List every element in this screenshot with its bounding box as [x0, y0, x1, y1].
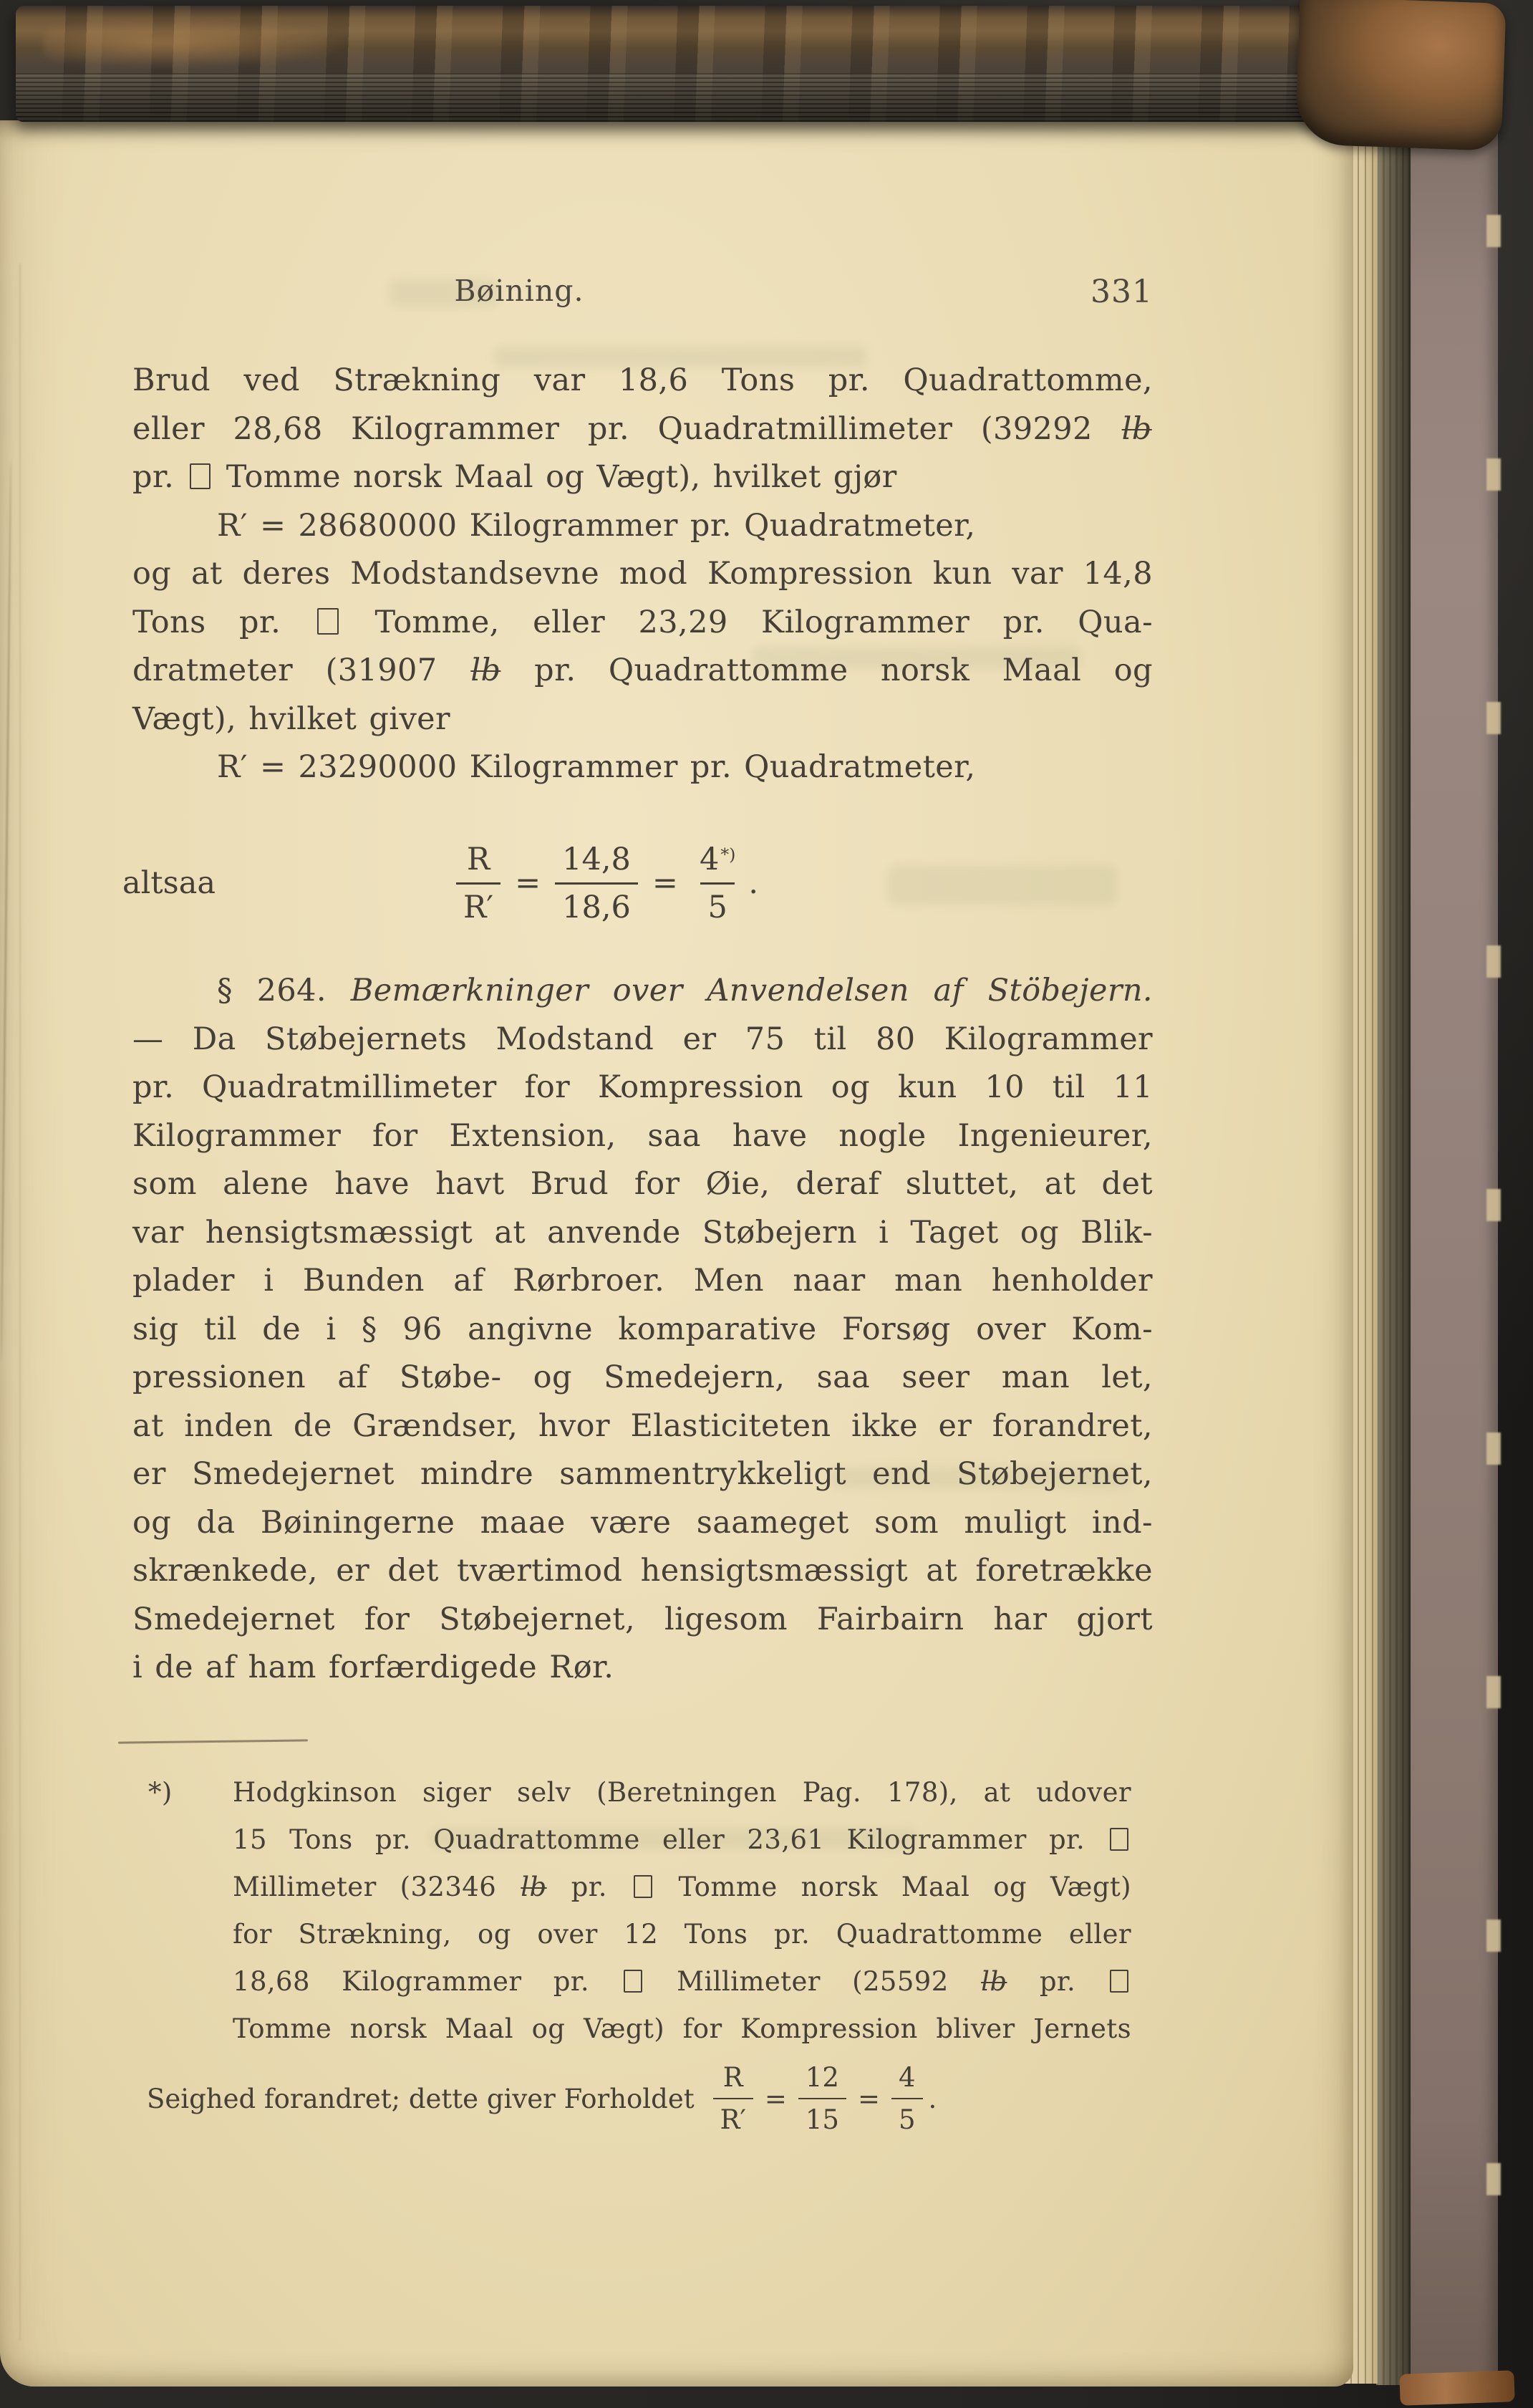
page-block-edge: [1376, 118, 1411, 2385]
text-line: pr. Tomme norsk Maal og Vægt), hvilket g…: [132, 453, 1153, 502]
formula-period: .: [748, 865, 758, 901]
text-line: — Da Støbejernets Modstand er 75 til 80 …: [132, 1016, 1153, 1064]
formula-main: altsaa R R′ = 14,8 18,6 = 4*) 5 .: [132, 829, 1153, 937]
text-line: er Smedejernet mindre sammentrykkeligt e…: [132, 1450, 1153, 1499]
page-number: 331: [1024, 274, 1153, 310]
formula-period: .: [929, 2084, 937, 2114]
footnote-separator-rule: [118, 1739, 308, 1743]
square-measure-icon: [634, 1875, 652, 1898]
text-line: 18,68 Kilogrammer pr. Millimeter (25592 …: [233, 1958, 1131, 2005]
square-measure-icon: [317, 608, 339, 635]
footnote-reference: *): [720, 844, 735, 865]
text-line: for Strækning, og over 12 Tons pr. Quadr…: [233, 1911, 1131, 1958]
fraction-14-8-over-18-6: 14,8 18,6: [555, 842, 638, 925]
text-line: Smedejernet for Støbejernet, ligesom Fai…: [132, 1596, 1153, 1644]
footnote-formula: Seighed forandret; dette giver Forholdet…: [147, 2048, 937, 2149]
paragraph-brud-ved-straekning: Brud ved Strækning var 18,6 Tons pr. Qua…: [132, 357, 1153, 792]
text-line: Brud ved Strækning var 18,6 Tons pr. Qua…: [132, 357, 1153, 405]
fraction-4-over-5: 4*) 5: [692, 842, 743, 925]
book-page: Bøining. 331 Brud ved Strækning var 18,6…: [0, 120, 1353, 2387]
paragraph-264-bemaerkninger: § 264. Bemærkninger over Anvendelsen af …: [132, 967, 1153, 1692]
page-crease: [19, 264, 21, 2341]
binding-corner-bottom: [1399, 2370, 1514, 2406]
fraction-R-over-Rprime: R R′: [713, 2062, 753, 2135]
equals-sign: =: [858, 2084, 880, 2114]
page-title: Bøining.: [401, 274, 637, 308]
text-line: Tons pr. Tomme, eller 23,29 Kilogrammer …: [132, 599, 1153, 647]
fraction-12-over-15: 12 15: [798, 2062, 846, 2135]
equals-sign: =: [765, 2084, 787, 2114]
formula-intro: altsaa: [122, 865, 216, 901]
text-line: 15 Tons pr. Quadrattomme eller 23,61 Kil…: [233, 1816, 1131, 1864]
square-measure-icon: [1110, 1970, 1128, 1993]
text-line: at inden de Grændser, hvor Elasticiteten…: [132, 1402, 1153, 1451]
text-line: i de af ham forfærdigede Rør.: [132, 1644, 1153, 1692]
text-line: plader i Bunden af Rørbroer. Men naar ma…: [132, 1257, 1153, 1306]
text-line: § 264. Bemærkninger over Anvendelsen af …: [132, 967, 1153, 1016]
square-measure-icon: [624, 1970, 642, 1993]
text-line: Tomme norsk Maal og Vægt) for Kompressio…: [233, 2005, 1131, 2053]
text-line: som alene have havt Brud for Øie, deraf …: [132, 1160, 1153, 1209]
pound-weight-icon: lb: [1121, 411, 1153, 447]
back-cover-worn-edge: [1409, 107, 1498, 2387]
text-line: Kilogrammer for Extension, saa have nogl…: [132, 1112, 1153, 1161]
text-line: og at deres Modstandsevne mod Kompressio…: [132, 550, 1153, 599]
pound-weight-icon: lb: [520, 1872, 548, 1902]
binding-corner-leather: [1295, 0, 1506, 151]
footnote-hodgkinson: *) Hodgkinson siger selv (Beretningen Pa…: [233, 1769, 1131, 2053]
book-scan: Bøining. 331 Brud ved Strækning var 18,6…: [0, 0, 1533, 2408]
binding-highlight: [43, 19, 351, 69]
running-head: Bøining. 331: [132, 274, 1153, 314]
page-crease: [0, 458, 11, 1361]
text-line: Vægt), hvilket giver: [132, 695, 1153, 744]
text-line: dratmeter (31907 lb pr. Quadrattomme nor…: [132, 647, 1153, 695]
pound-weight-icon: lb: [980, 1966, 1008, 1997]
text-line: R′ = 28680000 Kilogrammer pr. Quadratmet…: [132, 502, 1153, 551]
text-line: eller 28,68 Kilogrammer pr. Quadratmilli…: [132, 405, 1153, 454]
footnote-formula-intro: Seighed forandret; dette giver Forholdet: [147, 2084, 695, 2114]
text-line: skrænkede, er det tværtimod hensigtsmæss…: [132, 1547, 1153, 1596]
text-line: *) Hodgkinson siger selv (Beretningen Pa…: [233, 1769, 1131, 1816]
equals-sign: =: [652, 865, 678, 901]
text-line: Millimeter (32346 lb pr. Tomme norsk Maa…: [233, 1864, 1131, 1911]
formula-fractions: R R′ = 14,8 18,6 = 4*) 5 .: [456, 842, 758, 925]
text-line: sig til de i § 96 angivne komparative Fo…: [132, 1306, 1153, 1354]
text-line: pr. Quadratmillimeter for Kompression og…: [132, 1064, 1153, 1112]
text-line: og da Bøiningerne maae være saameget som…: [132, 1499, 1153, 1548]
text-line: var hensigtsmæssigt at anvende Støbejern…: [132, 1209, 1153, 1258]
fraction-4-over-5: 4 5: [891, 2062, 923, 2135]
pound-weight-icon: lb: [470, 652, 502, 688]
equals-sign: =: [515, 865, 541, 901]
text-line: R′ = 23290000 Kilogrammer pr. Quadratmet…: [132, 743, 1153, 792]
fraction-R-over-Rprime: R R′: [456, 842, 500, 925]
square-measure-icon: [190, 463, 211, 490]
text-line: pressionen af Støbe- og Smedejern, saa s…: [132, 1354, 1153, 1402]
square-measure-icon: [1110, 1828, 1128, 1851]
